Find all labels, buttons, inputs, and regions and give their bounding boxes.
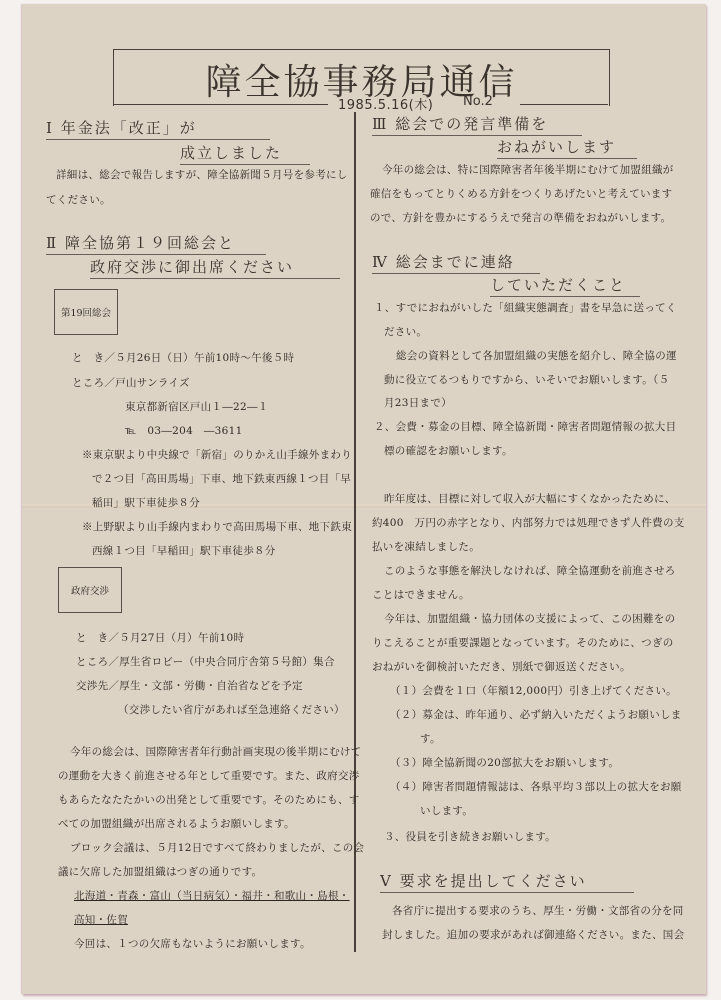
negotiation-when: と き／５月27日（月）午前10時 [76,630,244,645]
request-item: （１）会費を１口（年額12,000円）引き上げてください。 [390,683,677,698]
absent-orgs: 北海道・青森・富山（当日病気）・福井・和歌山・島根・ [74,888,350,903]
directions-line: 稲田」駅下車徒歩８分 [92,495,200,510]
request-item: いします。 [420,803,473,818]
section5-heading: Ⅴ 要求を提出してください [380,870,634,893]
directions-line: ※東京駅より中央線で「新宿」のりかえ山手線外まわり [82,447,352,462]
section2-heading-cont: 政府交渉に御出席ください [90,256,340,279]
section5-body: 各省庁に提出する要求のうち、厚生・労働・文部省の分を同 [392,903,684,918]
finance-body: 払いを凍結しました。 [372,539,480,554]
section2-body: ブロック会議は、５月12日ですべて終わりましたが、この会 [70,840,364,855]
finance-body: りこえることが重要課題となっています。そのために、つぎの [372,635,674,650]
finance-body: ことはできません。 [372,587,470,602]
request-item: （４）障害者問題情報誌は、各県平均３部以上の拡大をお願 [390,779,682,794]
section1-heading-cont: 成立しました [180,142,310,165]
section4-item: ２、会費・募金の目標、障全協新聞・障害者問題情報の拡大目 [374,419,676,434]
section2-body: べての加盟組織が出席されるようお願いします。 [58,816,295,831]
section2-closing: 今回は、１つの欠席もないようにお願いします。 [74,936,311,951]
section2-body: もあらたなたたかいの出発として重要です。そのためにも、す [58,792,360,807]
finance-body: このような事態を解決しなければ、障全協運動を前進させろ [384,563,676,578]
directions-line: 西線１つ目「早稲田」駅下車徒歩８分 [92,543,276,558]
section1-body: てください。 [46,192,111,207]
section4-item: 総会の資料として各加盟組織の実態を紹介し、障全協の運 [396,348,677,363]
finance-body: 約400 万円の赤字となり、内部努力では処理できず人件費の支 [372,515,685,530]
issue-number: No.2 [463,94,493,109]
section4-heading-cont: していただくこと [490,274,640,297]
negotiation-where: ところ／厚生省ロビー（中央合同庁舎第５号館）集合 [76,654,335,669]
issue-date: 1985.5.16(木) [338,94,433,113]
section3-body: 今年の総会は、特に国際障害者年後半期にむけて加盟組織が [382,162,674,177]
directions-line: ※上野駅より山手線内まわりで高田馬場下車、地下鉄東 [82,519,352,534]
section4-item: 月23日まで） [384,395,452,410]
masthead-rule-right [520,104,608,105]
negotiation-counterparts: 交渉先／厚生・文部・労働・自治省などを予定 [76,678,303,693]
masthead-rule-left [113,104,328,105]
section3-body: ので、方針を豊かにするうえで発言の準備をおねがいします。 [370,210,671,225]
section4-item: 動に役立てるつもりですから、いそいでお願いします。（５ [384,372,669,387]
meeting-phone: ℡ 03―204 ―3611 [125,423,243,438]
section2-body: の運動を大きく前進させる年として重要です。また、政府交渉 [58,768,360,783]
section4-item: １、すでにおねがいした「組織実態調査」書を早急に送ってく [374,300,677,315]
meeting-address: 東京都新宿区戸山１―22―１ [125,399,269,414]
section4-item: 標の確認をお願いします。 [384,443,513,458]
meeting-when: と き／５月26日（日）午前10時～午後５時 [72,350,294,365]
section1-body: 詳細は、総会で報告しますが、障全協新聞５月号を参考にし [56,167,348,182]
section2-body: 今年の総会は、国際障害者年行動計画実現の後半期にむけて [70,744,362,759]
section5-body: 封しました。追加の要求があれば御連絡ください。また、国会 [382,927,684,942]
section3-body: 確信をもってとりくめる方針をつくりあげたいと考えています [370,186,672,201]
section2-heading: Ⅱ 障全協第１９回総会と [46,232,266,255]
finance-body: 今年は、加盟組織・協力団体の支援によって、この困難をの [384,611,675,626]
general-meeting-label-box: 第19回総会 [54,289,118,335]
section3-heading: Ⅲ 総会での発言準備を [372,113,582,136]
meeting-where: ところ／戸山サンライズ [72,375,190,390]
negotiation-label-box: 政府交渉 [58,567,122,613]
section3-heading-cont: おねがいします [497,136,637,159]
request-item: （２）募金は、昨年通り、必ず納入いただくようお願いしま [390,707,682,722]
request-item: す。 [420,731,441,746]
section2-body: 議に欠席した加盟組織はつぎの通りです。 [58,864,262,879]
finance-body: おねがいを御検討いただき、別紙で御返送ください。 [372,659,631,674]
section4-heading: Ⅳ 総会までに連絡 [372,251,540,274]
finance-body: 昨年度は、目標に対して収入が大幅にすくなかったために、 [384,491,676,506]
section1-heading: Ⅰ 年金法「改正」が [46,117,270,140]
request-item: （３）障全協新聞の20部拡大をお願いします。 [390,755,619,770]
negotiation-note: （交渉したい省庁があれば至急連絡ください） [118,702,345,717]
column-divider [354,112,356,952]
directions-line: で２つ目「高田馬場」下車、地下鉄東西線１つ目「早 [92,471,351,486]
section4-item3: ３、役員を引き続きお願いします。 [384,829,556,844]
absent-orgs: 高知・佐賀 [74,912,128,927]
section4-item: ださい。 [384,324,427,339]
